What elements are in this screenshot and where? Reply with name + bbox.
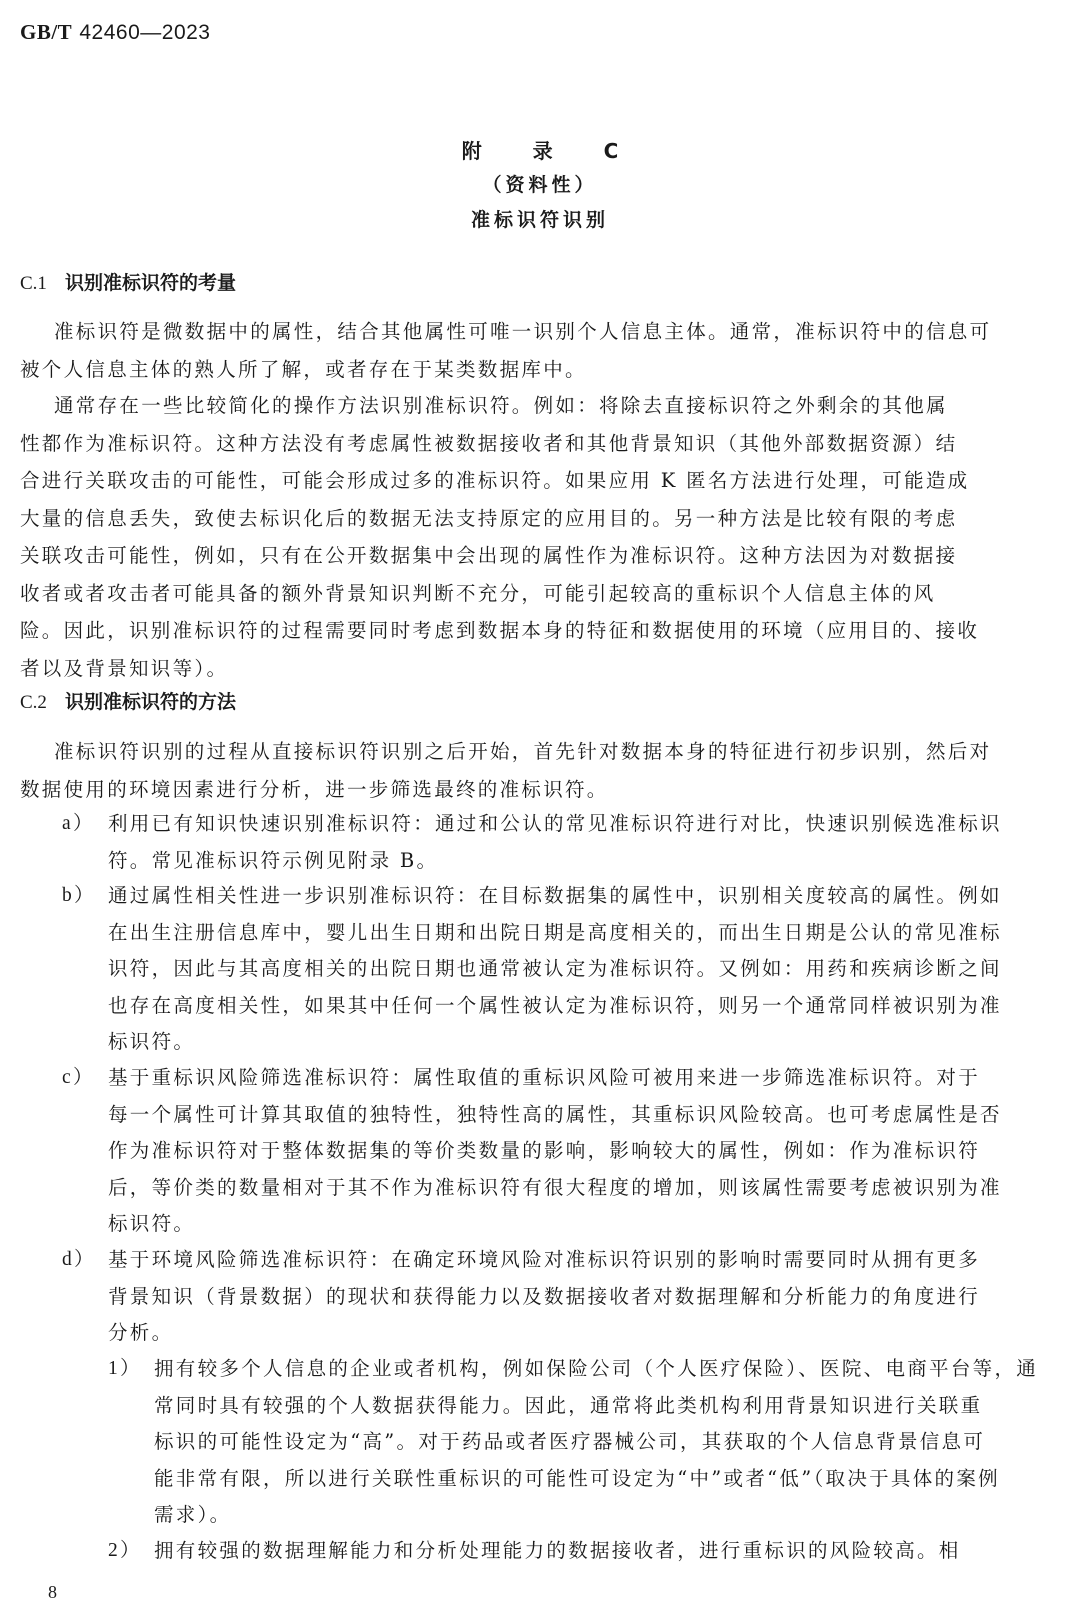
paragraph: 通常存在一些比较简化的操作方法识别准标识符。例如：将除去直接标识符之外剩余的其他… <box>20 387 1020 687</box>
paragraph: 准标识符识别的过程从直接标识符识别之后开始，首先针对数据本身的特征进行初步识别，… <box>20 733 1020 808</box>
section-number: C.1 <box>20 273 47 294</box>
list-item-b: b） 通过属性相关性进一步识别准标识符：在目标数据集的属性中，识别相关度较高的属… <box>62 878 1022 1061</box>
paragraph: 准标识符是微数据中的属性，结合其他属性可唯一识别个人信息主体。通常，准标识符中的… <box>20 313 1020 388</box>
sub-item-text: 拥有较强的数据理解能力和分析处理能力的数据接收者，进行重标识的风险较高。相 <box>154 1533 1028 1570</box>
list-item-c: c） 基于重标识风险筛选准标识符：属性取值的重标识风险可被用来进一步筛选准标识符… <box>62 1060 1022 1243</box>
list-marker: b） <box>62 878 96 915</box>
list-item-a: a） 利用已有知识快速识别准标识符：通过和公认的常见准标识符进行对比，快速识别候… <box>62 806 1022 879</box>
standard-prefix: GB/T <box>20 20 72 44</box>
list-marker: d） <box>62 1242 96 1279</box>
sub-item-2: 2） 拥有较强的数据理解能力和分析处理能力的数据接收者，进行重标识的风险较高。相 <box>108 1533 1028 1570</box>
sub-item-text: 拥有较多个人信息的企业或者机构，例如保险公司（个人医疗保险）、医院、电商平台等，… <box>154 1351 1028 1534</box>
annex-title: 附 录 C <box>0 135 1080 164</box>
annex-name: 准标识符识别 <box>0 205 1080 232</box>
section-heading-c1: C.1识别准标识符的考量 <box>20 268 236 295</box>
section-title: 识别准标识符的考量 <box>65 272 236 294</box>
list-item-d: d） 基于环境风险筛选准标识符：在确定环境风险对准标识符识别的影响时需要同时从拥… <box>62 1242 1022 1352</box>
sub-list-marker: 1） <box>108 1351 142 1388</box>
list-marker: a） <box>62 806 95 843</box>
section-heading-c2: C.2识别准标识符的方法 <box>20 687 236 714</box>
list-item-text: 通过属性相关性进一步识别准标识符：在目标数据集的属性中，识别相关度较高的属性。例… <box>108 878 1022 1061</box>
standard-number: 42460—2023 <box>79 21 210 44</box>
list-marker: c） <box>62 1060 95 1097</box>
section-number: C.2 <box>20 692 47 713</box>
annex-type: （资料性） <box>0 170 1080 197</box>
page-number: 8 <box>48 1582 57 1603</box>
standard-code-header: GB/T 42460—2023 <box>20 20 211 45</box>
section-title: 识别准标识符的方法 <box>65 691 236 713</box>
list-item-text: 基于重标识风险筛选准标识符：属性取值的重标识风险可被用来进一步筛选准标识符。对于… <box>108 1060 1022 1243</box>
sub-item-1: 1） 拥有较多个人信息的企业或者机构，例如保险公司（个人医疗保险）、医院、电商平… <box>108 1351 1028 1534</box>
list-item-text: 利用已有知识快速识别准标识符：通过和公认的常见准标识符进行对比，快速识别候选准标… <box>108 806 1022 879</box>
sub-list-marker: 2） <box>108 1533 142 1570</box>
list-item-text: 基于环境风险筛选准标识符：在确定环境风险对准标识符识别的影响时需要同时从拥有更多… <box>108 1242 1022 1352</box>
